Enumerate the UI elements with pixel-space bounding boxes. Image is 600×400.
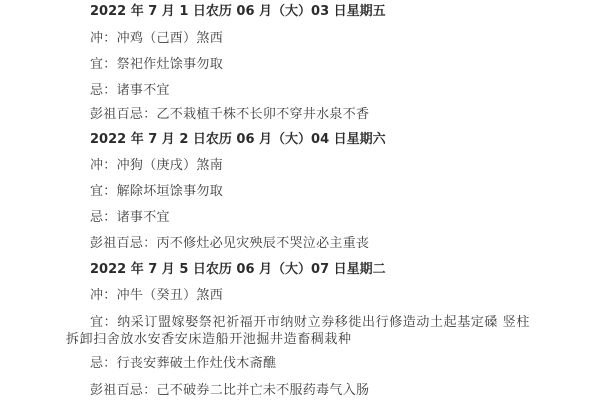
- entry-chong: 冲：冲狗（庚戌）煞南: [90, 158, 223, 174]
- entry-pengzu: 彭祖百忌：己不破券二比并亡未不服药毒气入肠: [90, 383, 369, 399]
- entry-pengzu: 彭祖百忌：丙不修灶必见灾殃辰不哭泣必主重丧: [90, 236, 369, 252]
- entry-yi: 宜：祭祀作灶馀事勿取: [90, 57, 223, 73]
- entry-date: 2022 年 7 月 2 日农历 06 月（大）04 日星期六: [90, 132, 386, 148]
- entry-pengzu: 彭祖百忌：乙不栽植千株不长卯不穿井水泉不香: [90, 107, 369, 123]
- entry-chong: 冲：冲牛（癸丑）煞西: [90, 288, 223, 304]
- entry-ji: 忌：行丧安葬破土作灶伐木斋醮: [90, 356, 276, 372]
- entry-date: 2022 年 7 月 5 日农历 06 月（大）07 日星期二: [90, 262, 386, 278]
- entry-date: 2022 年 7 月 1 日农历 06 月（大）03 日星期五: [90, 4, 386, 20]
- entry-yi: 宜：纳采订盟嫁娶祭祀祈福开市纳财立券移徙出行修造动土起基定磉 竖柱拆卸扫舍放水安…: [66, 314, 531, 348]
- entry-ji: 忌：诸事不宜: [90, 83, 170, 99]
- entry-ji: 忌：诸事不宜: [90, 210, 170, 226]
- entry-chong: 冲：冲鸡（己酉）煞西: [90, 31, 223, 47]
- document-page: 2022 年 7 月 1 日农历 06 月（大）03 日星期五 冲：冲鸡（己酉）…: [66, 0, 536, 400]
- entry-yi: 宜：解除坏垣馀事勿取: [90, 184, 223, 200]
